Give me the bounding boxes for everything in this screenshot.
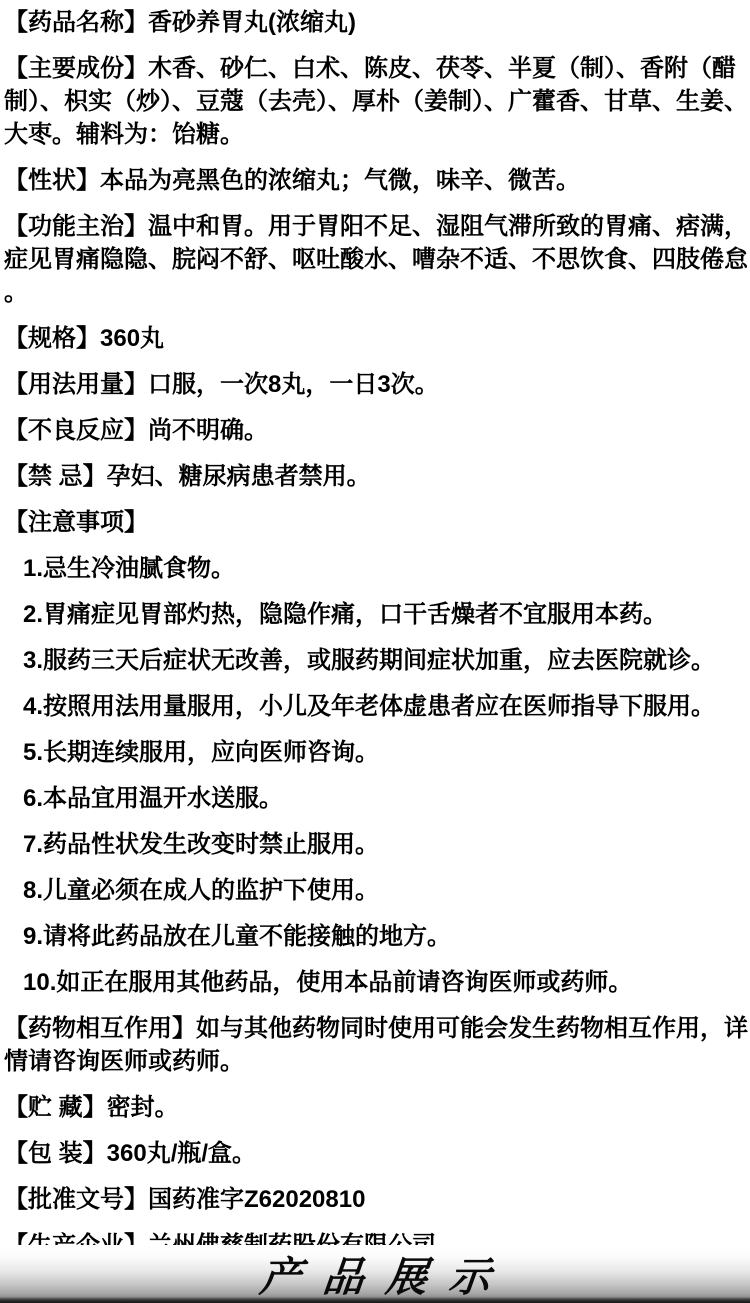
precaution-item-10-num: 10. <box>23 969 56 996</box>
precaution-item-1-text: 忌生冷油腻食物。 <box>43 555 235 582</box>
precaution-item-1: 1.忌生冷油腻食物。 <box>23 552 748 585</box>
section-approval-number-label: 【批准文号】 <box>4 1186 148 1213</box>
section-approval-number-value: 国药准字Z62020810 <box>148 1186 365 1213</box>
precaution-item-7-text: 药品性状发生改变时禁止服用。 <box>43 831 379 858</box>
section-adverse-reactions: 【不良反应】尚不明确。 <box>4 414 748 447</box>
precaution-item-8: 8.儿童必须在成人的监护下使用。 <box>23 874 748 907</box>
section-storage-label: 【贮 藏】 <box>4 1094 107 1121</box>
section-dosage: 【用法用量】口服，一次8丸，一日3次。 <box>4 368 748 401</box>
precaution-item-1-num: 1. <box>23 555 43 582</box>
section-packaging-value: 360丸/瓶/盒。 <box>107 1140 256 1167</box>
section-drug-name-label: 【药品名称】 <box>4 9 148 36</box>
section-drug-interactions: 【药物相互作用】如与其他药物同时使用可能会发生药物相互作用，详情请咨询医师或药师… <box>4 1012 748 1078</box>
section-indications: 【功能主治】温中和胃。用于胃阳不足、湿阻气滞所致的胃痛、痞满，症见胃痛隐隐、脘闷… <box>4 210 748 309</box>
precaution-item-10: 10.如正在服用其他药品，使用本品前请咨询医师或药师。 <box>23 966 748 999</box>
section-storage-value: 密封。 <box>107 1094 179 1121</box>
precaution-item-3-num: 3. <box>23 647 43 674</box>
section-adverse-reactions-label: 【不良反应】 <box>4 417 148 444</box>
section-contraindications: 【禁 忌】孕妇、糖尿病患者禁用。 <box>4 460 748 493</box>
section-specification-value: 360丸 <box>100 325 164 352</box>
precaution-item-6-num: 6. <box>23 785 43 812</box>
section-packaging: 【包 装】360丸/瓶/盒。 <box>4 1137 748 1170</box>
precaution-item-8-num: 8. <box>23 877 43 904</box>
section-description: 【性状】本品为亮黑色的浓缩丸；气微，味辛、微苦。 <box>4 164 748 197</box>
section-description-label: 【性状】 <box>4 167 100 194</box>
precaution-item-7-num: 7. <box>23 831 43 858</box>
section-drug-name-value: 香砂养胃丸(浓缩丸) <box>148 9 356 36</box>
precaution-item-9: 9.请将此药品放在儿童不能接触的地方。 <box>23 920 748 953</box>
product-display-banner-title: 产品展示 <box>236 1257 514 1298</box>
section-contraindications-value: 孕妇、糖尿病患者禁用。 <box>107 463 371 490</box>
section-drug-interactions-label: 【药物相互作用】 <box>4 1015 196 1042</box>
precaution-item-10-text: 如正在服用其他药品，使用本品前请咨询医师或药师。 <box>56 969 632 996</box>
section-description-value: 本品为亮黑色的浓缩丸；气微，味辛、微苦。 <box>100 167 580 194</box>
leaflet-content: 【药品名称】香砂养胃丸(浓缩丸) 【主要成份】木香、砂仁、白术、陈皮、茯苓、半夏… <box>0 0 750 1262</box>
section-precautions-heading: 【注意事项】 <box>4 506 748 539</box>
section-specification: 【规格】360丸 <box>4 322 748 355</box>
precaution-item-5-num: 5. <box>23 739 43 766</box>
precaution-item-9-text: 请将此药品放在儿童不能接触的地方。 <box>43 923 451 950</box>
drug-leaflet-page: { "page": { "background": "#ffffff", "te… <box>0 0 750 1303</box>
precaution-item-6-text: 本品宜用温开水送服。 <box>43 785 283 812</box>
section-specification-label: 【规格】 <box>4 325 100 352</box>
section-packaging-label: 【包 装】 <box>4 1140 107 1167</box>
section-approval-number: 【批准文号】国药准字Z62020810 <box>4 1183 748 1216</box>
precaution-item-7: 7.药品性状发生改变时禁止服用。 <box>23 828 748 861</box>
precaution-item-3-text: 服药三天后症状无改善，或服药期间症状加重，应去医院就诊。 <box>43 647 715 674</box>
product-display-banner: 产品展示 <box>0 1245 750 1303</box>
precaution-item-4-num: 4. <box>23 693 43 720</box>
precaution-item-3: 3.服药三天后症状无改善，或服药期间症状加重，应去医院就诊。 <box>23 644 748 677</box>
section-ingredients: 【主要成份】木香、砂仁、白术、陈皮、茯苓、半夏（制）、香附（醋制）、枳实（炒）、… <box>4 52 748 151</box>
precaution-item-4-text: 按照用法用量服用，小儿及年老体虚患者应在医师指导下服用。 <box>43 693 715 720</box>
section-indications-label: 【功能主治】 <box>4 213 148 240</box>
precaution-item-8-text: 儿童必须在成人的监护下使用。 <box>43 877 379 904</box>
section-storage: 【贮 藏】密封。 <box>4 1091 748 1124</box>
precaution-item-2-num: 2. <box>23 601 43 628</box>
precaution-item-5-text: 长期连续服用，应向医师咨询。 <box>43 739 379 766</box>
section-precautions-label: 【注意事项】 <box>4 509 148 536</box>
section-dosage-value: 口服，一次8丸，一日3次。 <box>148 371 439 398</box>
precaution-item-5: 5.长期连续服用，应向医师咨询。 <box>23 736 748 769</box>
precaution-item-2: 2.胃痛症见胃部灼热，隐隐作痛，口干舌燥者不宜服用本药。 <box>23 598 748 631</box>
precaution-item-9-num: 9. <box>23 923 43 950</box>
section-ingredients-label: 【主要成份】 <box>4 55 148 82</box>
precaution-item-6: 6.本品宜用温开水送服。 <box>23 782 748 815</box>
precaution-item-2-text: 胃痛症见胃部灼热，隐隐作痛，口干舌燥者不宜服用本药。 <box>43 601 667 628</box>
section-contraindications-label: 【禁 忌】 <box>4 463 107 490</box>
section-adverse-reactions-value: 尚不明确。 <box>148 417 268 444</box>
section-dosage-label: 【用法用量】 <box>4 371 148 398</box>
precaution-item-4: 4.按照用法用量服用，小儿及年老体虚患者应在医师指导下服用。 <box>23 690 748 723</box>
section-drug-name: 【药品名称】香砂养胃丸(浓缩丸) <box>4 6 748 39</box>
